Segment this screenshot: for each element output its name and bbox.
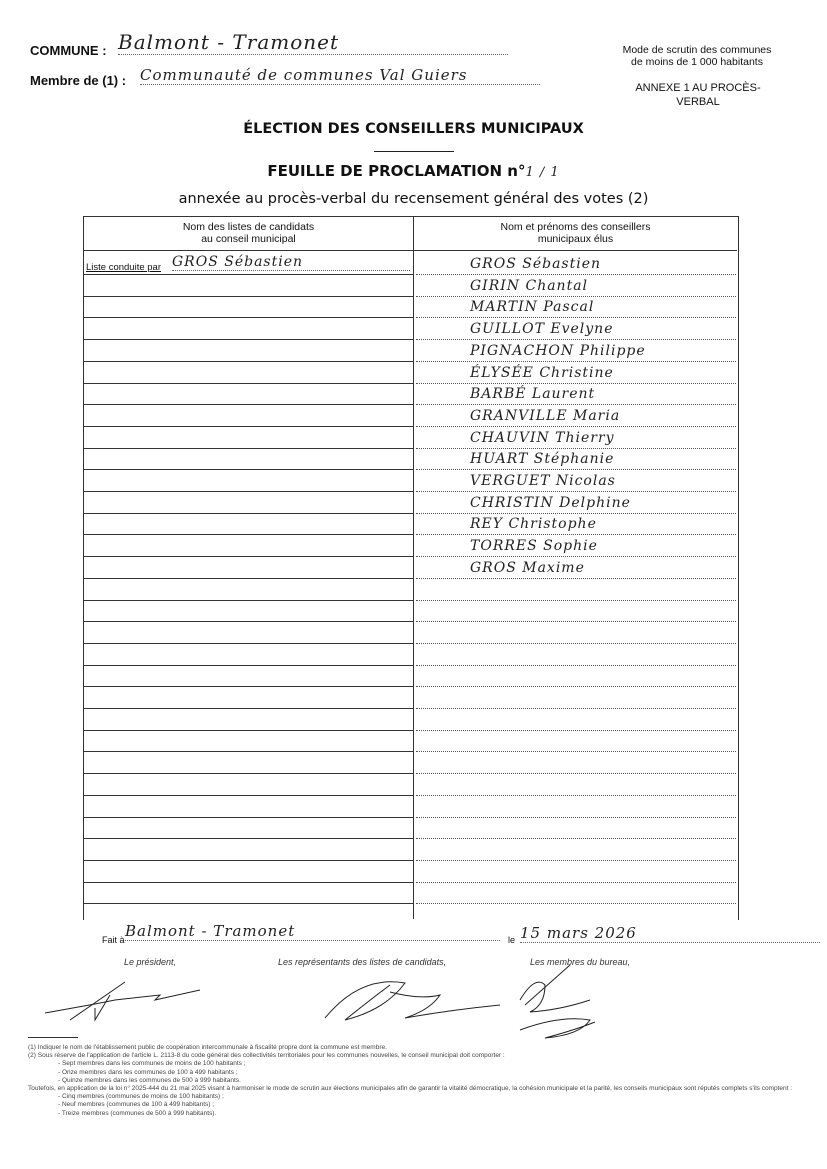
footnote-bullet: - Treize membres (communes de 500 à 999 … [28, 1110, 818, 1118]
membre-signature-3 [520, 982, 590, 1012]
membre-signature-1 [325, 982, 405, 1020]
footnote-separator [28, 1037, 78, 1038]
footnote-1: (1) Indiquer le nom de l'établissement p… [28, 1044, 818, 1052]
footnote-toutefois: Toutefois, en application de la loi n° 2… [28, 1085, 818, 1093]
footnote-bullet: - Sept membres dans les communes de moin… [28, 1060, 818, 1068]
footnote-bullet: - Neuf membres (communes de 100 à 499 ha… [28, 1101, 818, 1109]
footnote-bullets-2: - Cinq membres (communes de moins de 100… [28, 1093, 818, 1118]
signatures [0, 0, 827, 1169]
president-signature-stroke [45, 990, 200, 1013]
footnote-bullets-1: - Sept membres dans les communes de moin… [28, 1060, 818, 1085]
membre-signature-2 [390, 992, 500, 1018]
membre-signature-4 [520, 1019, 595, 1038]
footnotes: (1) Indiquer le nom de l'établissement p… [28, 1044, 818, 1118]
footnote-bullet: - Quinze membres dans les communes de 50… [28, 1077, 818, 1085]
footnote-2: (2) Sous réserve de l'application de l'a… [28, 1052, 818, 1060]
president-signature-stroke-2 [70, 982, 125, 1020]
footnote-bullet: - Onze membres dans les communes de 100 … [28, 1069, 818, 1077]
footnote-bullet: - Cinq membres (communes de moins de 100… [28, 1093, 818, 1101]
